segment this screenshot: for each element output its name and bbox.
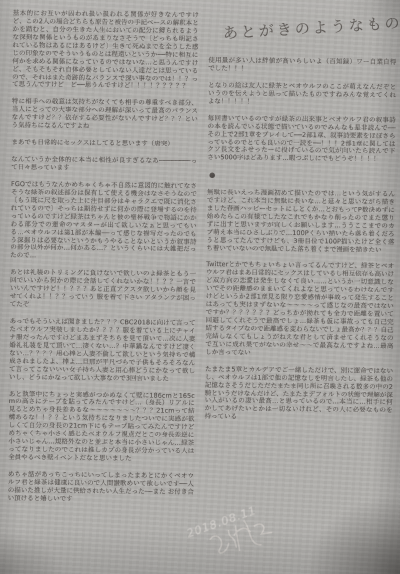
paragraph: 基本的にお互いが囚われ扱い扱われる関係が好きなんですけど、この2人の場合どちらも…	[12, 10, 199, 91]
bullet-marker: ●	[209, 171, 395, 182]
handwritten-signature: 2018.08.11	[185, 491, 304, 570]
page-tilt-wrapper: あとがきのようなもの 基本的にお互いが囚われ扱い扱われる関係が好きなんですけど、…	[0, 0, 400, 574]
paragraph: あと執筆中にちょっと実感がつかめなくて壁に186cmと165cmの高さにテープを…	[8, 391, 195, 464]
handwritten-title: あとがきのようなもの	[222, 12, 400, 44]
paragraph: まあでも日常的にセックスはしてると思います（唐突）	[11, 139, 197, 149]
paragraph: FGOではもうなんかめちゃくちゃ不自然に意図的に触れてなさそうな緑茶の叙述部分は…	[10, 181, 197, 262]
paragraph: となりの絵は友人に緑茶とベオウルフのここが萌えなんだぞというのを伝えようと思って…	[208, 82, 396, 108]
right-text-column: 使用量が多い人は絆値が高いらしいよ（百知録）ワー自業自得でした！！！となりの絵は…	[204, 57, 396, 432]
paragraph: あっでもそういえば聞きました？？？CBC2018に向けて言ってたベオウルフ実装し…	[9, 318, 196, 383]
paragraph: Twitterとかでもちょいちょい言ってるんですけど、緑茶とベオウルフ君はまあ日…	[205, 262, 394, 359]
paragraph: なんていうか全体的に本当に相性が良すぎるなあ────────って日々思っています	[11, 156, 197, 174]
left-text-column: 基本的にお互いが囚われ扱い扱われる関係が好きなんですけど、この2人の場合どちらも…	[8, 10, 199, 514]
paragraph: めちゃ話があっちこっちにいってしまったまあとにかくベオウルフ君と緑茶は健康に良い…	[8, 471, 194, 505]
paragraph: 特に相手への敬意は気持ちがなくても相手の尊重すべき部分、当人にとっての大事な部分…	[12, 98, 198, 132]
paragraph: たまたま5章とカルデアでご一緒しただけで、別に運命ではないし、ベオウルフは1部で…	[205, 366, 394, 424]
paragraph: 使用量が多い人は絆値が高いらしいよ（百知録）ワー自業自得でした！！！	[208, 57, 396, 75]
paragraph: 無駄に長いえっち漫画初めて描いたのでは…という気がするんですけど、これ本当に無駄…	[206, 189, 395, 254]
scanned-afterword-page: あとがきのようなもの 基本的にお互いが囚われ扱い扱われる関係が好きなんですけど、…	[0, 0, 400, 574]
paragraph: 毎回書いているのですが緑茶の出来事とベオウルフ君の叙事詩の本を読んでいる状態で描…	[207, 115, 395, 165]
paragraph: あとは礼装のトリミングに負けないで欲しいのよ緑茶ともう一回でいいから何かの際に会…	[10, 269, 196, 311]
